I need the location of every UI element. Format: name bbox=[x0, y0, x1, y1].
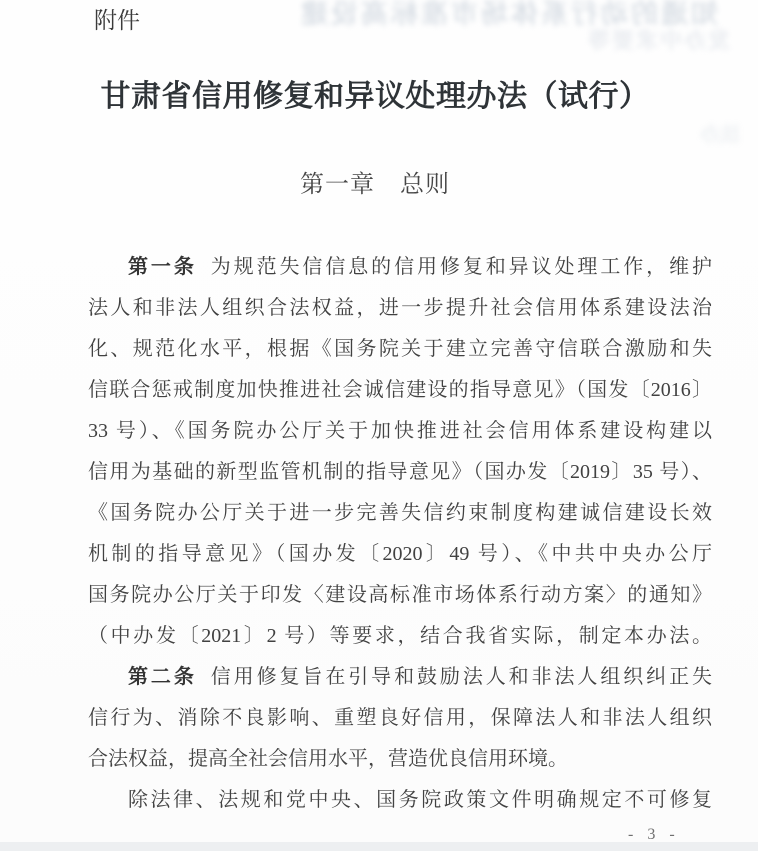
body-line-text: （中办发〔2021〕2 号）等要求，结合我省实际，制定本办法。 bbox=[88, 625, 712, 647]
body-line-text: 化、规范化水平，根据《国务院关于建立完善守信联合激励和失 bbox=[88, 338, 712, 360]
bleedthrough-text: 知通的动行系体场市准标高设建 bbox=[288, 0, 718, 31]
body-line-text: 33 号）、《国务院办公厅关于加快推进社会信用体系建设构建以 bbox=[88, 420, 712, 442]
scan-edge-strip bbox=[0, 842, 758, 851]
body-line-text: 国务院办公厅关于印发〈建设高标准市场体系行动方案〉的通知》 bbox=[88, 584, 712, 606]
article-number: 第一条 bbox=[128, 256, 197, 278]
body-line: 信用为基础的新型监管机制的指导意见》（国办发〔2019〕35 号）、 bbox=[88, 452, 712, 493]
body-line-text: 合法权益，提高全社会信用水平，营造优良信用环境。 bbox=[88, 748, 568, 770]
body-line: 信行为、消除不良影响、重塑良好信用，保障法人和非法人组织 bbox=[88, 698, 712, 739]
body-line: 《国务院办公厅关于进一步完善失信约束制度构建诚信建设长效 bbox=[88, 493, 712, 534]
body-line: 33 号）、《国务院办公厅关于加快推进社会信用体系建设构建以 bbox=[88, 411, 712, 452]
body-line-text: 法人和非法人组织合法权益，进一步提升社会信用体系建设法治 bbox=[88, 297, 712, 319]
body-line-text: 《国务院办公厅关于进一步完善失信约束制度构建诚信建设长效 bbox=[88, 502, 712, 524]
article-number: 第二条 bbox=[128, 666, 197, 688]
body-line: 除法律、法规和党中央、国务院政策文件明确规定不可修复 bbox=[88, 780, 712, 821]
body-line-text: 信用为基础的新型监管机制的指导意见》（国办发〔2019〕35 号）、 bbox=[88, 461, 712, 483]
body-line-text: 机制的指导意见》（国办发〔2020〕49 号）、《中共中央办公厅 bbox=[88, 543, 712, 565]
body-line-text: 为规范失信信息的信用修复和异议处理工作，维护 bbox=[211, 256, 712, 278]
body-line: 机制的指导意见》（国办发〔2020〕49 号）、《中共中央办公厅 bbox=[88, 534, 712, 575]
body-line: 化、规范化水平，根据《国务院关于建立完善守信联合激励和失 bbox=[88, 329, 712, 370]
body-line: 国务院办公厅关于印发〈建设高标准市场体系行动方案〉的通知》 bbox=[88, 575, 712, 616]
body-line: 第二条信用修复旨在引导和鼓励法人和非法人组织纠正失 bbox=[88, 657, 712, 698]
bleedthrough-text: 法办 bbox=[630, 118, 740, 147]
body-line: 第一条为规范失信信息的信用修复和异议处理工作，维护 bbox=[88, 247, 712, 288]
body-line-text: 除法律、法规和党中央、国务院政策文件明确规定不可修复 bbox=[128, 789, 712, 811]
body-line-text: 信联合惩戒制度加快推进社会诚信建设的指导意见》（国发〔2016〕 bbox=[88, 379, 712, 401]
attachment-label: 附件 bbox=[94, 2, 140, 35]
body-line: 合法权益，提高全社会信用水平，营造优良信用环境。 bbox=[88, 739, 712, 780]
scanned-document-page: 知通的动行系体场市准标高设建 发办中求要等 法办 附件 甘肃省信用修复和异议处理… bbox=[0, 0, 758, 851]
body-line: 信联合惩戒制度加快推进社会诚信建设的指导意见》（国发〔2016〕 bbox=[88, 370, 712, 411]
chapter-heading: 第一章 总则 bbox=[60, 164, 690, 199]
body-line: 法人和非法人组织合法权益，进一步提升社会信用体系建设法治 bbox=[88, 288, 712, 329]
body-line-text: 信用修复旨在引导和鼓励法人和非法人组织纠正失 bbox=[211, 666, 712, 688]
document-body: 第一条为规范失信信息的信用修复和异议处理工作，维护 法人和非法人组织合法权益，进… bbox=[88, 247, 712, 821]
body-line: （中办发〔2021〕2 号）等要求，结合我省实际，制定本办法。 bbox=[88, 616, 712, 657]
bleedthrough-text: 发办中求要等 bbox=[520, 24, 730, 55]
body-line-text: 信行为、消除不良影响、重塑良好信用，保障法人和非法人组织 bbox=[88, 707, 712, 729]
document-title: 甘肃省信用修复和异议处理办法（试行） bbox=[60, 71, 690, 115]
